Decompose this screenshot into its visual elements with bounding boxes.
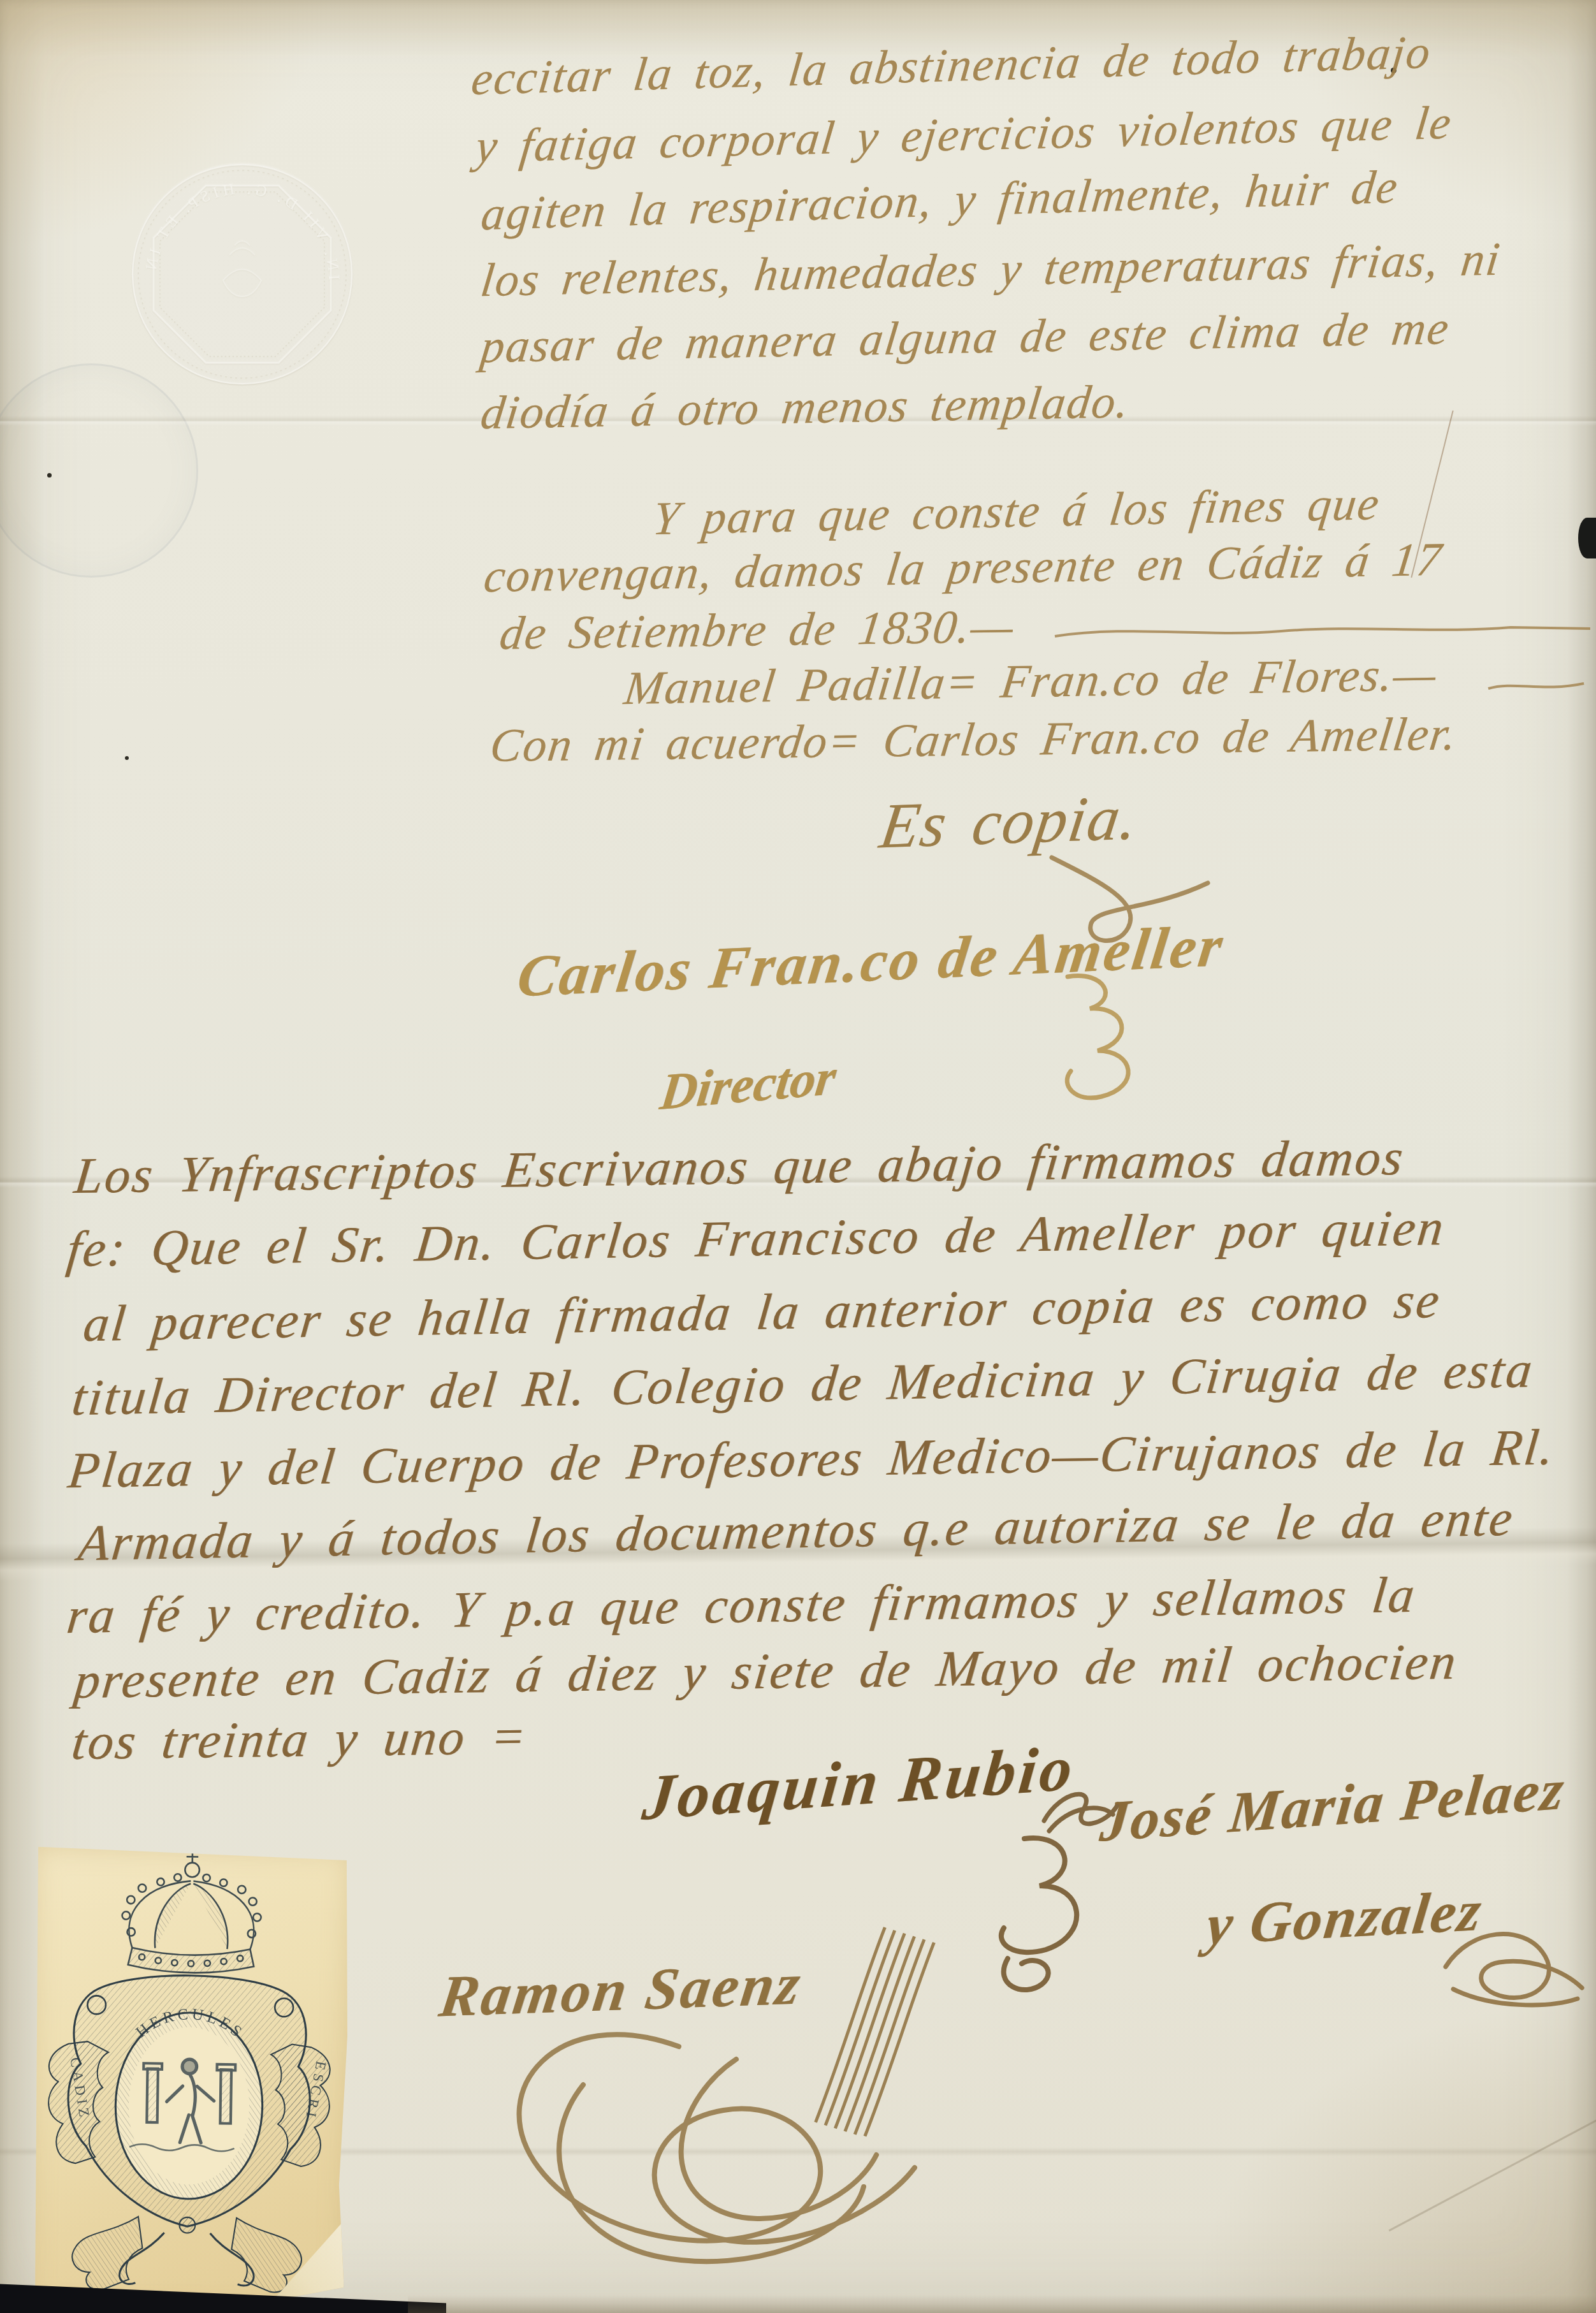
attestation-line: al parecer se halla firmada la anterior … <box>80 1272 1444 1354</box>
attestation-line: ra fé y credito. Y p.a que conste firmam… <box>64 1566 1419 1645</box>
attestation-line: fe: Que el Sr. Dn. Carlos Francisco de A… <box>64 1199 1447 1279</box>
attestation-line: Plaza y del Cuerpo de Profesores Medico—… <box>65 1419 1558 1500</box>
document-page: FERDIN. VII D. G. HISP. ET INDIAR. eccit… <box>0 0 1596 2313</box>
coat-of-arms-engraving: HERCULES CADIZ ESCRI <box>29 1847 350 2313</box>
embossed-seal-graphic: FERDIN. VII D. G. HISP. ET INDIAR. <box>127 159 357 389</box>
attestation-line: tos treinta y uno = <box>69 1708 530 1772</box>
manuscript-line: diodía á otro menos templado. <box>478 375 1133 441</box>
manuscript-line: convengan, damos la presente en Cádiz á … <box>481 533 1446 604</box>
filler-line <box>1052 617 1593 648</box>
notarial-stamp: HERCULES CADIZ ESCRI <box>29 1847 350 2313</box>
manuscript-line: los relentes, humedades y temperaturas f… <box>478 233 1504 309</box>
manuscript-line: de Setiembre de 1830.— <box>497 600 1017 661</box>
director-rubric-flourish <box>1045 969 1154 1106</box>
ghost-stamp <box>0 363 198 578</box>
ink-speck <box>125 756 129 760</box>
manuscript-line: pasar de manera alguna de este clima de … <box>478 302 1453 374</box>
corner-crease <box>1389 2080 1596 2231</box>
jose-rubric-flourish <box>1434 1913 1593 2031</box>
bottom-edge-wear <box>408 2295 1596 2313</box>
attestation-line: presente en Cadiz á diez y siete de Mayo… <box>71 1633 1460 1711</box>
filler-line <box>1485 677 1587 701</box>
attestation-line: Los Ynfrascriptos Escrivanos que abajo f… <box>71 1129 1407 1206</box>
manuscript-line: Manuel Padilla= Fran.co de Flores.— <box>621 648 1440 716</box>
manuscript-line: Con mi acuerdo= Carlos Fran.co de Amelle… <box>487 707 1461 773</box>
crown-icon <box>121 1851 262 1974</box>
manuscript-line: eccitar la toz, la abstinencia de todo t… <box>468 26 1433 106</box>
ink-speck <box>47 473 52 478</box>
embossed-seal: FERDIN. VII D. G. HISP. ET INDIAR. <box>127 159 357 389</box>
witness-signature-jose-maria-pelaez: José Maria Pelaez <box>1097 1756 1569 1855</box>
attestation-line: Armada y á todos los documentos q.e auto… <box>75 1490 1516 1573</box>
joaquin-rubric-flourish <box>985 1831 1106 2019</box>
manuscript-line: agiten la respiracion, y finalmente, hui… <box>479 160 1402 242</box>
attestation-line: titula Director del Rl. Colegio de Medic… <box>69 1341 1537 1427</box>
witness-signature-joaquin-rubio: Joaquin Rubio <box>639 1731 1079 1835</box>
edge-ink-blot <box>1578 518 1596 558</box>
ramon-rubric-loops <box>468 2008 940 2292</box>
director-signature-title: Director <box>657 1048 839 1122</box>
